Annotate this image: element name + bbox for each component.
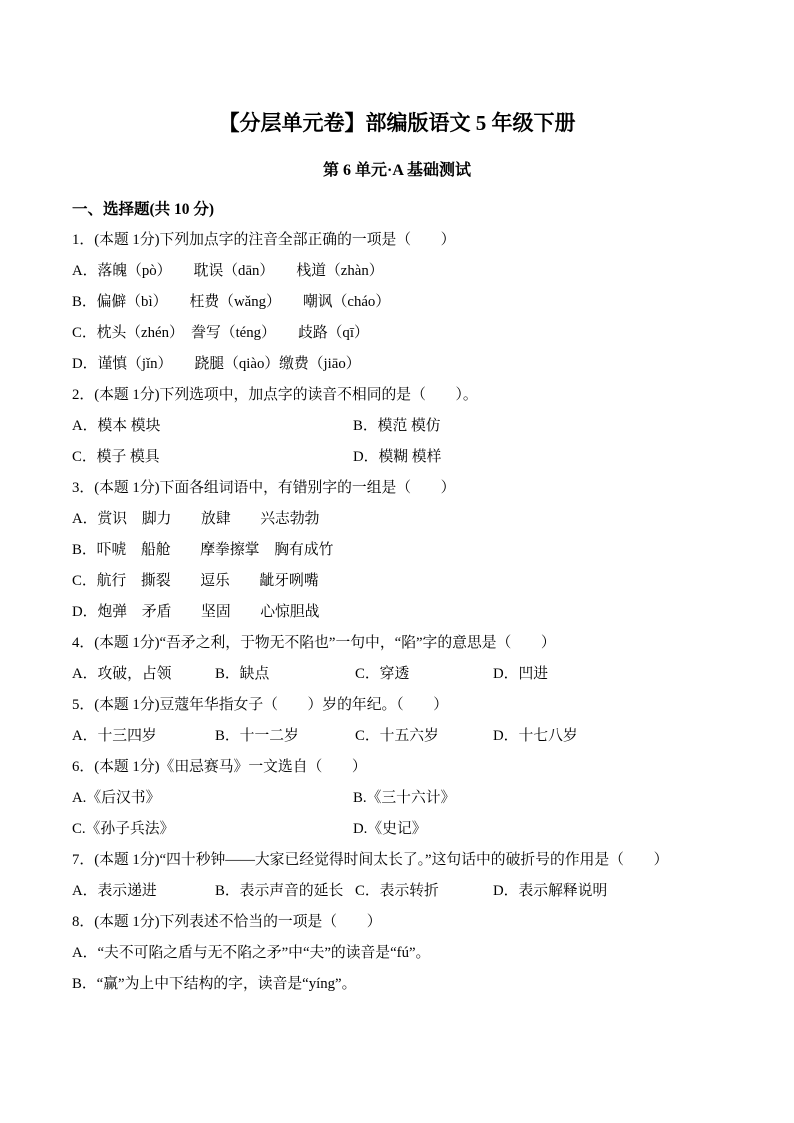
question-stem: 2．(本题 1分)下列选项中，加点字的读音不相同的是（ ）。 xyxy=(72,380,722,411)
question-block-4: 4．(本题 1分)“吾矛之利，于物无不陷也”一句中，“陷”字的意思是（ ） A．… xyxy=(72,628,722,690)
option: C．枕头（zhén） 誊写（téng） 歧路（qī） xyxy=(72,318,722,349)
option-row: A．模本 模块 B．模范 模仿 xyxy=(72,411,722,442)
question-block-2: 2．(本题 1分)下列选项中，加点字的读音不相同的是（ ）。 A．模本 模块 B… xyxy=(72,380,722,473)
option: B.《三十六计》 xyxy=(353,783,722,814)
option: A．十三四岁 xyxy=(72,721,215,752)
question-stem: 3．(本题 1分)下面各组词语中，有错别字的一组是（ ） xyxy=(72,473,722,504)
option-row: A.《后汉书》 B.《三十六计》 xyxy=(72,783,722,814)
option: D．模糊 模样 xyxy=(353,442,722,473)
option: D．凹进 xyxy=(493,659,722,690)
doc-title: 【分层单元卷】部编版语文 5 年级下册 xyxy=(72,106,722,140)
question-stem: 4．(本题 1分)“吾矛之利，于物无不陷也”一句中，“陷”字的意思是（ ） xyxy=(72,628,722,659)
option: A．攻破，占领 xyxy=(72,659,215,690)
option-row: A．表示递进 B．表示声音的延长 C．表示转折 D．表示解释说明 xyxy=(72,876,722,907)
option: A．表示递进 xyxy=(72,876,215,907)
question-stem: 8．(本题 1分)下列表述不恰当的一项是（ ） xyxy=(72,907,722,938)
option: C．十五六岁 xyxy=(355,721,493,752)
option: D．炮弹 矛盾 坚固 心惊胆战 xyxy=(72,597,722,628)
option: A．赏识 脚力 放肆 兴志勃勃 xyxy=(72,504,722,535)
question-stem: 5．(本题 1分)豆蔻年华指女子（ ）岁的年纪。（ ） xyxy=(72,690,722,721)
option: C．穿透 xyxy=(355,659,493,690)
option: C．表示转折 xyxy=(355,876,493,907)
document-page: 【分层单元卷】部编版语文 5 年级下册 第 6 单元·A 基础测试 一、选择题(… xyxy=(0,0,794,1123)
option-row: A．攻破，占领 B．缺点 C．穿透 D．凹进 xyxy=(72,659,722,690)
question-stem: 7．(本题 1分)“四十秒钟——大家已经觉得时间太长了。”这句话中的破折号的作用… xyxy=(72,845,722,876)
question-block-6: 6．(本题 1分)《田忌赛马》一文选自（ ） A.《后汉书》 B.《三十六计》 … xyxy=(72,752,722,845)
option: A．模本 模块 xyxy=(72,411,353,442)
option: B．偏僻（bì） 枉费（wǎng） 嘲讽（cháo） xyxy=(72,287,722,318)
option: D．表示解释说明 xyxy=(493,876,722,907)
option: C.《孙子兵法》 xyxy=(72,814,353,845)
option: A.《后汉书》 xyxy=(72,783,353,814)
question-block-1: 1．(本题 1分)下列加点字的注音全部正确的一项是（ ） A．落魄（pò） 耽误… xyxy=(72,225,722,380)
doc-subtitle: 第 6 单元·A 基础测试 xyxy=(72,156,722,186)
option: A．落魄（pò） 耽误（dān） 栈道（zhàn） xyxy=(72,256,722,287)
option: C．模子 模具 xyxy=(72,442,353,473)
question-block-8: 8．(本题 1分)下列表述不恰当的一项是（ ） A．“夫不可陷之盾与无不陷之矛”… xyxy=(72,907,722,1000)
question-block-3: 3．(本题 1分)下面各组词语中，有错别字的一组是（ ） A．赏识 脚力 放肆 … xyxy=(72,473,722,628)
option-row: C．模子 模具 D．模糊 模样 xyxy=(72,442,722,473)
option: B．模范 模仿 xyxy=(353,411,722,442)
option-row: C.《孙子兵法》 D.《史记》 xyxy=(72,814,722,845)
question-block-7: 7．(本题 1分)“四十秒钟——大家已经觉得时间太长了。”这句话中的破折号的作用… xyxy=(72,845,722,907)
section-heading: 一、选择题(共 10 分) xyxy=(72,194,722,225)
option-row: A．十三四岁 B．十一二岁 C．十五六岁 D．十七八岁 xyxy=(72,721,722,752)
option: A．“夫不可陷之盾与无不陷之矛”中“夫”的读音是“fú”。 xyxy=(72,938,722,969)
option: D．十七八岁 xyxy=(493,721,722,752)
option: D.《史记》 xyxy=(353,814,722,845)
question-stem: 6．(本题 1分)《田忌赛马》一文选自（ ） xyxy=(72,752,722,783)
option: B．表示声音的延长 xyxy=(215,876,355,907)
question-stem: 1．(本题 1分)下列加点字的注音全部正确的一项是（ ） xyxy=(72,225,722,256)
option: B．十一二岁 xyxy=(215,721,355,752)
option: B．吓唬 船舱 摩拳擦掌 胸有成竹 xyxy=(72,535,722,566)
question-block-5: 5．(本题 1分)豆蔻年华指女子（ ）岁的年纪。（ ） A．十三四岁 B．十一二… xyxy=(72,690,722,752)
option: C．航行 撕裂 逗乐 龇牙咧嘴 xyxy=(72,566,722,597)
option: D．谨慎（jǐn） 跷腿（qiào）缴费（jiāo） xyxy=(72,349,722,380)
option: B．缺点 xyxy=(215,659,355,690)
option: B．“赢”为上中下结构的字，读音是“yíng”。 xyxy=(72,969,722,1000)
